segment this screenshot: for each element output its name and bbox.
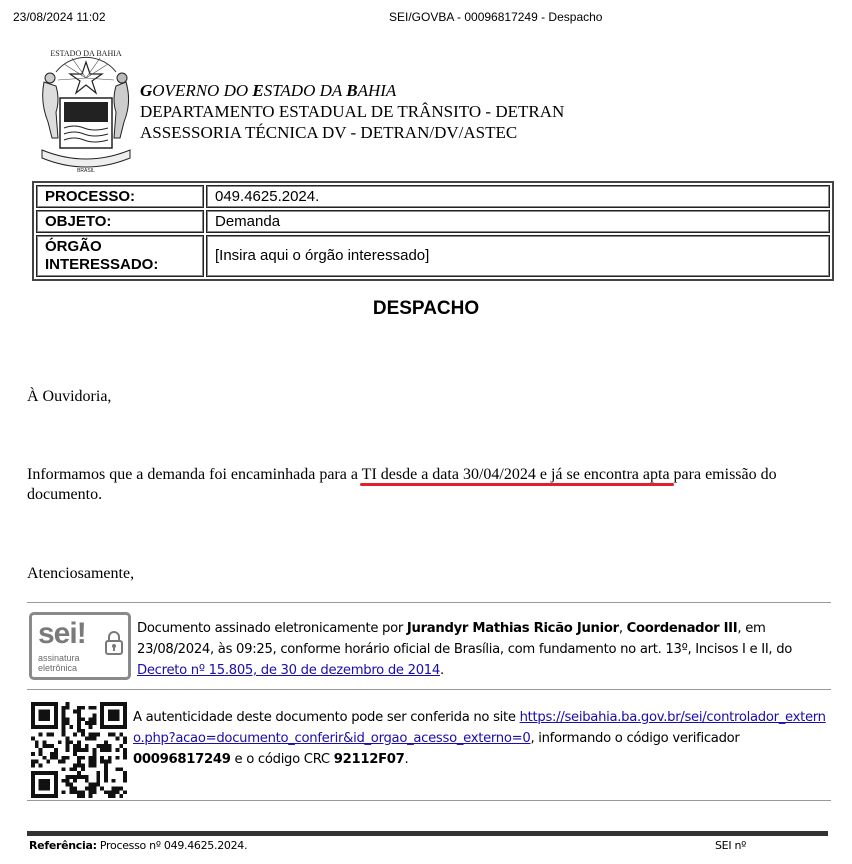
svg-text:BRASIL: BRASIL bbox=[77, 168, 95, 174]
divider bbox=[27, 800, 831, 801]
meta-label: OBJETO: bbox=[36, 210, 204, 233]
table-row: ÓRGÃO INTERESSADO: [Insira aqui o órgão … bbox=[36, 235, 830, 277]
meta-label: PROCESSO: bbox=[36, 185, 204, 208]
crc-code: 92112F07 bbox=[334, 752, 405, 767]
signer-name: Jurandyr Mathias Ricão Junior bbox=[407, 621, 619, 636]
table-row: OBJETO: Demanda bbox=[36, 210, 830, 233]
coat-of-arms-icon: ESTADO DA BAHIA BRASIL bbox=[34, 42, 138, 174]
svg-text:ESTADO DA BAHIA: ESTADO DA BAHIA bbox=[50, 49, 122, 58]
meta-value: 049.4625.2024. bbox=[206, 185, 830, 208]
signature-text: Documento assinado eletronicamente por J… bbox=[137, 618, 837, 681]
letterhead-text: GOVERNO DO ESTADO DA BAHIA DEPARTAMENTO … bbox=[140, 80, 564, 143]
process-meta-table: PROCESSO: 049.4625.2024. OBJETO: Demanda… bbox=[32, 181, 834, 281]
footer: Referência: Processo nº 049.4625.2024. S… bbox=[29, 839, 829, 852]
meta-value: Demanda bbox=[206, 210, 830, 233]
authenticity-block: A autenticidade deste documento pode ser… bbox=[27, 700, 831, 800]
divider bbox=[27, 602, 831, 603]
closing: Atenciosamente, bbox=[27, 564, 817, 584]
meta-label: ÓRGÃO INTERESSADO: bbox=[36, 235, 204, 277]
footer-bar bbox=[27, 831, 828, 836]
divider bbox=[27, 689, 831, 690]
print-datetime: 23/08/2024 11:02 bbox=[13, 10, 106, 24]
qr-code-icon bbox=[31, 702, 127, 798]
reference-label: Referência: bbox=[29, 839, 97, 852]
reference-value: Processo nº 049.4625.2024. bbox=[97, 839, 247, 852]
document-title: DESPACHO bbox=[0, 298, 852, 320]
main-paragraph: Informamos que a demanda foi encaminhada… bbox=[27, 465, 817, 505]
signer-role: Coordenador III bbox=[627, 621, 738, 636]
decree-link[interactable]: Decreto nº 15.805, de 30 de dezembro de … bbox=[137, 663, 440, 678]
greeting: À Ouvidoria, bbox=[27, 387, 817, 407]
letterhead-unit: ASSESSORIA TÉCNICA DV - DETRAN/DV/ASTEC bbox=[140, 122, 564, 143]
print-title: SEI/GOVBA - 00096817249 - Despacho bbox=[389, 10, 602, 24]
meta-value: [Insira aqui o órgão interessado] bbox=[206, 235, 830, 277]
highlighted-text: TI desde a data 30/04/2024 e já se encon… bbox=[362, 466, 670, 483]
verifier-code: 00096817249 bbox=[133, 752, 231, 767]
electronic-signature-block: sei! assinaturaeletrônica Documento assi… bbox=[27, 610, 831, 682]
letterhead: ESTADO DA BAHIA BRASIL GOVERNO DO ESTADO… bbox=[34, 42, 834, 177]
authenticity-text: A autenticidade deste documento pode ser… bbox=[133, 707, 833, 770]
table-row: PROCESSO: 049.4625.2024. bbox=[36, 185, 830, 208]
sei-number-label: SEI nº bbox=[715, 839, 746, 852]
letterhead-department: DEPARTAMENTO ESTADUAL DE TRÂNSITO - DETR… bbox=[140, 101, 564, 122]
sei-signature-logo: sei! assinaturaeletrônica bbox=[29, 612, 131, 680]
lock-icon bbox=[104, 631, 124, 655]
letterhead-government: GOVERNO DO ESTADO DA BAHIA bbox=[140, 80, 564, 101]
